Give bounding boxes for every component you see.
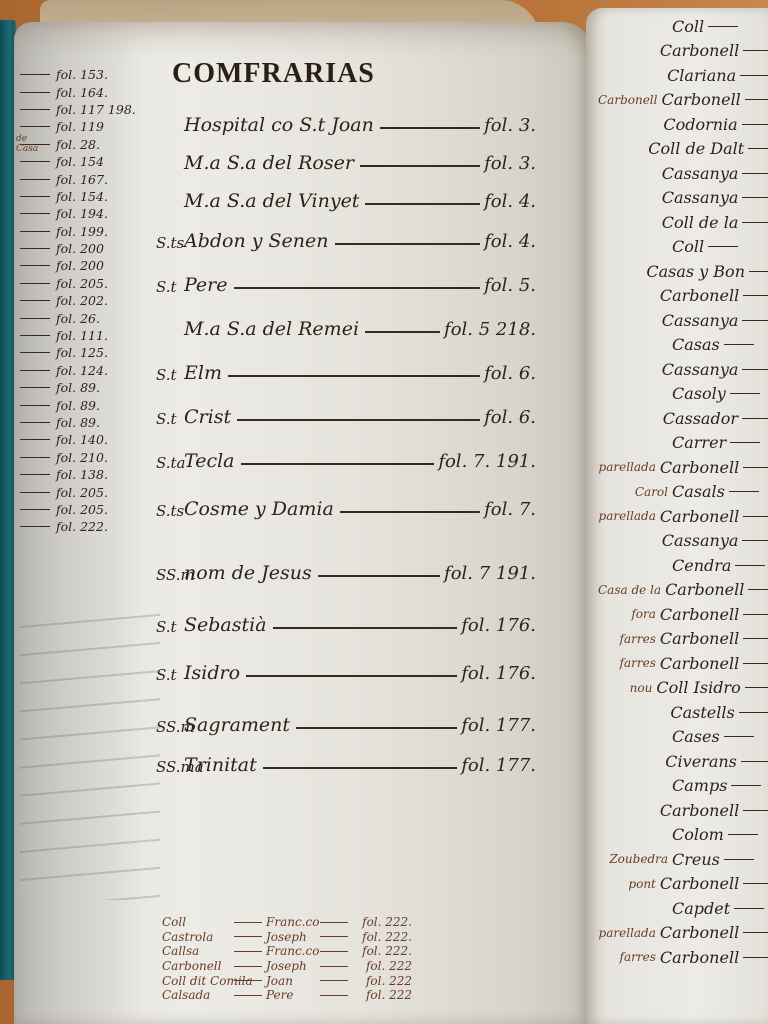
margin-folio: fol. 125. — [56, 345, 108, 360]
leader-line — [263, 767, 457, 769]
margin-folio-item: fol. 199. — [20, 223, 150, 240]
index-entry: S.taTeclafol. 7. 191. — [156, 440, 536, 472]
margin-dash — [20, 405, 50, 406]
leader-line — [724, 736, 754, 737]
leader-line — [237, 419, 480, 421]
margin-folio: fol. 205. — [56, 502, 108, 517]
folio-reference: fol. 222 — [352, 959, 412, 973]
surname: Cassanya — [662, 360, 739, 379]
folio-reference: fol. 3. — [484, 153, 536, 174]
right-page-row: Coll de Dalt — [598, 137, 768, 162]
leader-line — [340, 511, 480, 513]
leader-line — [743, 516, 768, 517]
surname: Casas — [672, 335, 720, 354]
leader-line — [741, 761, 768, 762]
folio-reference: fol. 7. — [484, 499, 536, 520]
right-page-row: Coll de la — [598, 210, 768, 235]
leader-line — [728, 834, 758, 835]
surname: Coll dit Comila — [162, 974, 230, 988]
surname: Casoly — [672, 384, 726, 403]
surname: Carbonell — [660, 605, 739, 624]
index-entry: S.tPerefol. 5. — [156, 264, 536, 296]
right-page-row: parelladaCarbonell — [598, 455, 768, 480]
margin-dash — [20, 387, 50, 388]
dash — [320, 922, 348, 923]
given-name: Joseph — [266, 959, 316, 973]
saint-prefix: S.t — [156, 666, 184, 684]
leader-line — [743, 883, 768, 884]
margin-folio: fol. 200 — [56, 258, 104, 273]
side-note: fora — [598, 607, 656, 621]
margin-dash — [20, 492, 50, 493]
confraternity-name: M.a S.a del Remei — [184, 318, 359, 340]
given-name: Pere — [266, 988, 316, 1002]
surname: Cassador — [663, 409, 738, 428]
leader-line — [743, 932, 768, 933]
leader-line — [335, 243, 481, 245]
surname: Carbonell — [661, 90, 740, 109]
margin-dash — [20, 126, 50, 127]
surname: Casals — [672, 482, 725, 501]
margin-folio: fol. 200 — [56, 241, 104, 256]
dash — [234, 922, 262, 923]
margin-folio: fol. 199. — [56, 224, 108, 239]
leader-line — [730, 393, 760, 394]
folio-reference: fol. 3. — [484, 115, 536, 136]
right-page-row: Cassanya — [598, 161, 768, 186]
given-name: Joan — [266, 974, 316, 988]
surname: Calsada — [162, 988, 230, 1002]
leader-line — [743, 295, 768, 296]
leader-line — [742, 369, 768, 370]
surname: Carbonell — [660, 654, 739, 673]
side-note: parellada — [598, 509, 656, 523]
index-entry: S.tElmfol. 6. — [156, 352, 536, 384]
surname: Coll — [162, 915, 230, 929]
margin-dash — [20, 74, 50, 75]
surname: Creus — [672, 850, 720, 869]
folio-reference: fol. 6. — [484, 407, 536, 428]
margin-folio: fol. 164. — [56, 85, 108, 100]
index-entry: S.tsAbdon y Senenfol. 4. — [156, 220, 536, 252]
given-name: Joseph — [266, 930, 316, 944]
surname: Castells — [670, 703, 734, 722]
right-page-row: farresCarbonell — [598, 945, 768, 970]
folio-reference: fol. 177. — [461, 755, 536, 776]
margin-dash — [20, 92, 50, 93]
leader-line — [740, 75, 768, 76]
margin-folio-item: fol. 205. — [20, 483, 150, 500]
right-page-row: Cassanya — [598, 529, 768, 554]
saint-prefix: SS.ma — [156, 758, 184, 776]
leader-line — [743, 663, 768, 664]
margin-dash — [20, 422, 50, 423]
right-page-row: Carbonell — [598, 39, 768, 64]
right-page-row: CarolCasals — [598, 480, 768, 505]
margin-folio-item: fol. 138. — [20, 466, 150, 483]
leader-line — [749, 271, 768, 272]
right-page-row: Capdet — [598, 896, 768, 921]
surname: Carbonell — [660, 629, 739, 648]
margin-folio: fol. 205. — [56, 485, 108, 500]
faded-ruled-lines — [20, 600, 160, 900]
surname: Colom — [672, 825, 724, 844]
left-margin-folio-column: fol. 153.fol. 164.fol. 117 198.fol. 119d… — [20, 66, 150, 536]
margin-folio: fol. 119 — [56, 119, 104, 134]
index-entry: S.tSebastiàfol. 176. — [156, 604, 536, 636]
saint-prefix: S.t — [156, 618, 184, 636]
saint-prefix: SS.m — [156, 566, 184, 584]
dash — [234, 936, 262, 937]
margin-note: de Casa — [16, 134, 50, 154]
folio-reference: fol. 5 218. — [444, 319, 536, 340]
margin-dash — [20, 179, 50, 180]
margin-folio: fol. 205. — [56, 276, 108, 291]
right-page-row: Camps — [598, 774, 768, 799]
margin-folio-item: fol. 26. — [20, 309, 150, 326]
dash — [234, 995, 262, 996]
margin-folio-item: fol. 89. — [20, 379, 150, 396]
surname: Carbonell — [660, 801, 739, 820]
margin-folio-item: fol. 117 198. — [20, 101, 150, 118]
right-page-row: Cassanya — [598, 308, 768, 333]
folio-reference: fol. 176. — [461, 615, 536, 636]
margin-folio-item: fol. 154. — [20, 188, 150, 205]
confraternity-name: Hospital co S.t Joan — [184, 114, 374, 136]
side-note: Carbonell — [598, 93, 657, 107]
margin-folio-item: fol. 89. — [20, 396, 150, 413]
leader-line — [742, 173, 768, 174]
side-note: parellada — [598, 460, 656, 474]
bottom-list-row: CallsaFranc.cofol. 222. — [162, 944, 482, 959]
leader-line — [241, 463, 435, 465]
right-page-row: pontCarbonell — [598, 872, 768, 897]
leader-line — [228, 375, 480, 377]
saint-prefix: S.ts — [156, 502, 184, 520]
margin-dash — [20, 283, 50, 284]
leader-line — [743, 810, 768, 811]
margin-folio-item: fol. 205. — [20, 501, 150, 518]
margin-folio-item: fol. 194. — [20, 205, 150, 222]
right-page-row: farresCarbonell — [598, 651, 768, 676]
leader-line — [234, 287, 481, 289]
right-page-row: ZoubedraCreus — [598, 847, 768, 872]
margin-folio: fol. 124. — [56, 363, 108, 378]
dash — [320, 980, 348, 981]
margin-dash — [20, 248, 50, 249]
margin-dash — [20, 318, 50, 319]
leader-line — [273, 627, 458, 629]
saint-prefix: S.t — [156, 410, 184, 428]
surname: Cases — [672, 727, 720, 746]
margin-dash — [20, 213, 50, 214]
leader-line — [742, 320, 768, 321]
margin-folio: fol. 154. — [56, 189, 108, 204]
index-entry: SS.mSagramentfol. 177. — [156, 704, 536, 736]
bottom-list-row: CastrolaJosephfol. 222. — [162, 930, 482, 945]
dash — [320, 951, 348, 952]
margin-dash — [20, 457, 50, 458]
margin-dash — [20, 474, 50, 475]
margin-dash — [20, 352, 50, 353]
leader-line — [742, 124, 768, 125]
margin-folio: fol. 28. — [56, 137, 100, 152]
margin-folio-item: fol. 200 — [20, 240, 150, 257]
margin-folio: fol. 202. — [56, 293, 108, 308]
surname: Carbonell — [162, 959, 230, 973]
index-entry: Hospital co S.t Joanfol. 3. — [156, 104, 536, 136]
right-page-row: Colom — [598, 823, 768, 848]
margin-folio-item: fol. 140. — [20, 431, 150, 448]
folio-reference: fol. 7. 191. — [438, 451, 536, 472]
right-page-row: Cendra — [598, 553, 768, 578]
margin-folio: fol. 153. — [56, 67, 108, 82]
index-entry: M.a S.a del Vinyetfol. 4. — [156, 180, 536, 212]
side-note: farres — [598, 950, 656, 964]
confraternity-name: Crist — [184, 406, 231, 428]
confraternity-name: nom de Jesus — [184, 562, 312, 584]
margin-folio-item: de Casafol. 28. — [20, 136, 150, 153]
margin-folio-item: fol. 124. — [20, 362, 150, 379]
margin-folio: fol. 140. — [56, 432, 108, 447]
margin-folio-item: fol. 202. — [20, 292, 150, 309]
bottom-list-row: CalsadaPerefol. 222 — [162, 988, 482, 1003]
folio-reference: fol. 7 191. — [444, 563, 536, 584]
confraternity-name: M.a S.a del Roser — [184, 152, 354, 174]
leader-line — [380, 127, 480, 129]
margin-folio-item: fol. 125. — [20, 344, 150, 361]
side-note: farres — [598, 656, 656, 670]
leader-line — [724, 859, 754, 860]
leader-line — [296, 727, 457, 729]
right-page-row: Casas — [598, 333, 768, 358]
index-entry: SS.maTrinitatfol. 177. — [156, 744, 536, 776]
right-page-row: Casoly — [598, 382, 768, 407]
leader-line — [743, 638, 768, 639]
surname: Castrola — [162, 930, 230, 944]
surname: Callsa — [162, 944, 230, 958]
side-note: pont — [598, 877, 656, 891]
confraternity-name: Pere — [184, 274, 228, 296]
surname: Capdet — [672, 899, 730, 918]
leader-line — [748, 148, 768, 149]
right-page-row: Casas y Bon — [598, 259, 768, 284]
surname: Clariana — [667, 66, 736, 85]
right-page-row: foraCarbonell — [598, 602, 768, 627]
margin-folio-item: fol. 200 — [20, 257, 150, 274]
surname: Coll de la — [662, 213, 739, 232]
margin-folio: fol. 167. — [56, 172, 108, 187]
side-note: parellada — [598, 926, 656, 940]
saint-prefix: S.t — [156, 278, 184, 296]
right-page-row: farresCarbonell — [598, 627, 768, 652]
surname: Cassanya — [662, 188, 739, 207]
right-page-row: Carrer — [598, 431, 768, 456]
surname: Carbonell — [660, 286, 739, 305]
margin-dash — [20, 161, 50, 162]
confraternity-name: M.a S.a del Vinyet — [184, 190, 359, 212]
leader-line — [742, 222, 768, 223]
margin-folio: fol. 138. — [56, 467, 108, 482]
margin-folio: fol. 89. — [56, 398, 100, 413]
margin-folio-item: fol. 119 — [20, 118, 150, 135]
folio-reference: fol. 177. — [461, 715, 536, 736]
index-entry: S.tsCosme y Damiafol. 7. — [156, 488, 536, 520]
right-page-row: Cassador — [598, 406, 768, 431]
confraternity-name: Tecla — [184, 450, 235, 472]
surname: Coll — [672, 17, 704, 36]
dash — [234, 980, 262, 981]
leader-line — [748, 589, 768, 590]
leader-line — [708, 26, 738, 27]
surname: Carbonell — [660, 923, 739, 942]
surname: Carbonell — [665, 580, 744, 599]
index-entry: M.a S.a del Roserfol. 3. — [156, 142, 536, 174]
saint-prefix: SS.m — [156, 718, 184, 736]
leader-line — [745, 687, 768, 688]
confraternity-name: Cosme y Damia — [184, 498, 334, 520]
margin-folio: fol. 89. — [56, 415, 100, 430]
given-name: Franc.co — [266, 915, 316, 929]
folio-reference: fol. 222 — [352, 974, 412, 988]
given-name: Franc.co — [266, 944, 316, 958]
right-page-row: parelladaCarbonell — [598, 921, 768, 946]
surname: Civerans — [665, 752, 737, 771]
margin-folio-item: fol. 89. — [20, 414, 150, 431]
margin-dash — [20, 300, 50, 301]
leader-line — [734, 908, 764, 909]
confraternity-name: Trinitat — [184, 754, 257, 776]
leader-line — [365, 203, 480, 205]
leader-line — [246, 675, 457, 677]
margin-folio-item: fol. 153. — [20, 66, 150, 83]
saint-prefix: S.t — [156, 366, 184, 384]
folio-reference: fol. 6. — [484, 363, 536, 384]
folio-reference: fol. 222. — [352, 944, 412, 958]
dash — [320, 966, 348, 967]
surname: Carbonell — [660, 874, 739, 893]
right-page-row: Carbonell — [598, 284, 768, 309]
right-page-row: Coll — [598, 14, 768, 39]
surname: Carbonell — [660, 948, 739, 967]
leader-line — [730, 442, 760, 443]
leader-line — [735, 565, 765, 566]
right-page-row: Clariana — [598, 63, 768, 88]
margin-folio: fol. 26. — [56, 311, 100, 326]
bottom-list-row: Coll dit ComilaJoanfol. 222 — [162, 973, 482, 988]
folio-reference: fol. 5. — [484, 275, 536, 296]
leader-line — [742, 418, 768, 419]
surname: Cassanya — [662, 164, 739, 183]
margin-folio: fol. 154 — [56, 154, 104, 169]
right-page-row: Codornia — [598, 112, 768, 137]
margin-folio: fol. 117 198. — [56, 102, 136, 117]
right-page-row: Cases — [598, 725, 768, 750]
leader-line — [708, 246, 738, 247]
margin-dash — [20, 265, 50, 266]
margin-dash — [20, 196, 50, 197]
index-entry: S.tIsidrofol. 176. — [156, 652, 536, 684]
margin-folio-item: fol. 167. — [20, 170, 150, 187]
leader-line — [724, 344, 754, 345]
bottom-list-row: CarbonellJosephfol. 222 — [162, 959, 482, 974]
page-title: COMFRARIAS — [172, 58, 375, 90]
margin-dash — [20, 109, 50, 110]
index-entry: S.tCristfol. 6. — [156, 396, 536, 428]
folio-reference: fol. 4. — [484, 191, 536, 212]
bottom-name-list: CollFranc.cofol. 222.CastrolaJosephfol. … — [162, 915, 482, 1003]
leader-line — [729, 491, 759, 492]
surname: Coll de Dalt — [648, 139, 744, 158]
right-page-row: Castells — [598, 700, 768, 725]
leader-line — [743, 50, 768, 51]
surname: Carbonell — [660, 458, 739, 477]
confraternity-name: Isidro — [184, 662, 240, 684]
folio-reference: fol. 176. — [461, 663, 536, 684]
side-note: Casa de la — [598, 583, 661, 597]
surname: Carbonell — [660, 507, 739, 526]
margin-dash — [20, 526, 50, 527]
dash — [320, 936, 348, 937]
right-page-name-list: CollCarbonellClarianaCarbonellCarbonellC… — [598, 14, 768, 970]
margin-folio: fol. 210. — [56, 450, 108, 465]
leader-line — [365, 331, 440, 333]
margin-dash — [20, 370, 50, 371]
surname: Camps — [672, 776, 727, 795]
saint-prefix: S.ts — [156, 234, 184, 252]
surname: Cendra — [672, 556, 731, 575]
margin-dash — [20, 335, 50, 336]
leader-line — [739, 712, 768, 713]
folio-reference: fol. 222 — [352, 988, 412, 1002]
margin-folio-item: fol. 205. — [20, 275, 150, 292]
margin-folio-item: fol. 210. — [20, 449, 150, 466]
surname: Carbonell — [660, 41, 739, 60]
surname: Codornia — [663, 115, 737, 134]
margin-folio: fol. 222. — [56, 519, 108, 534]
right-page-row: CarbonellCarbonell — [598, 88, 768, 113]
margin-folio: fol. 194. — [56, 206, 108, 221]
surname: Casas y Bon — [646, 262, 745, 281]
surname: Cassanya — [662, 531, 739, 550]
confraternity-name: Elm — [184, 362, 222, 384]
surname: Coll Isidro — [656, 678, 740, 697]
leader-line — [745, 99, 768, 100]
confraternity-name: Sebastià — [184, 614, 267, 636]
leader-line — [318, 575, 440, 577]
folio-reference: fol. 222. — [352, 930, 412, 944]
right-page-row: Carbonell — [598, 798, 768, 823]
margin-folio: fol. 111. — [56, 328, 108, 343]
leader-line — [742, 197, 768, 198]
side-note: Carol — [598, 485, 668, 499]
folio-reference: fol. 222. — [352, 915, 412, 929]
saint-prefix: S.ta — [156, 454, 184, 472]
dash — [234, 951, 262, 952]
margin-dash — [20, 439, 50, 440]
margin-folio-item: fol. 154 — [20, 153, 150, 170]
right-page-row: Cassanya — [598, 186, 768, 211]
leader-line — [731, 785, 761, 786]
leader-line — [743, 467, 768, 468]
leader-line — [742, 540, 768, 541]
margin-dash — [20, 509, 50, 510]
bottom-list-row: CollFranc.cofol. 222. — [162, 915, 482, 930]
index-entry: M.a S.a del Remeifol. 5 218. — [156, 308, 536, 340]
right-page-row: Civerans — [598, 749, 768, 774]
margin-folio-item: fol. 164. — [20, 83, 150, 100]
right-page-row: nouColl Isidro — [598, 676, 768, 701]
